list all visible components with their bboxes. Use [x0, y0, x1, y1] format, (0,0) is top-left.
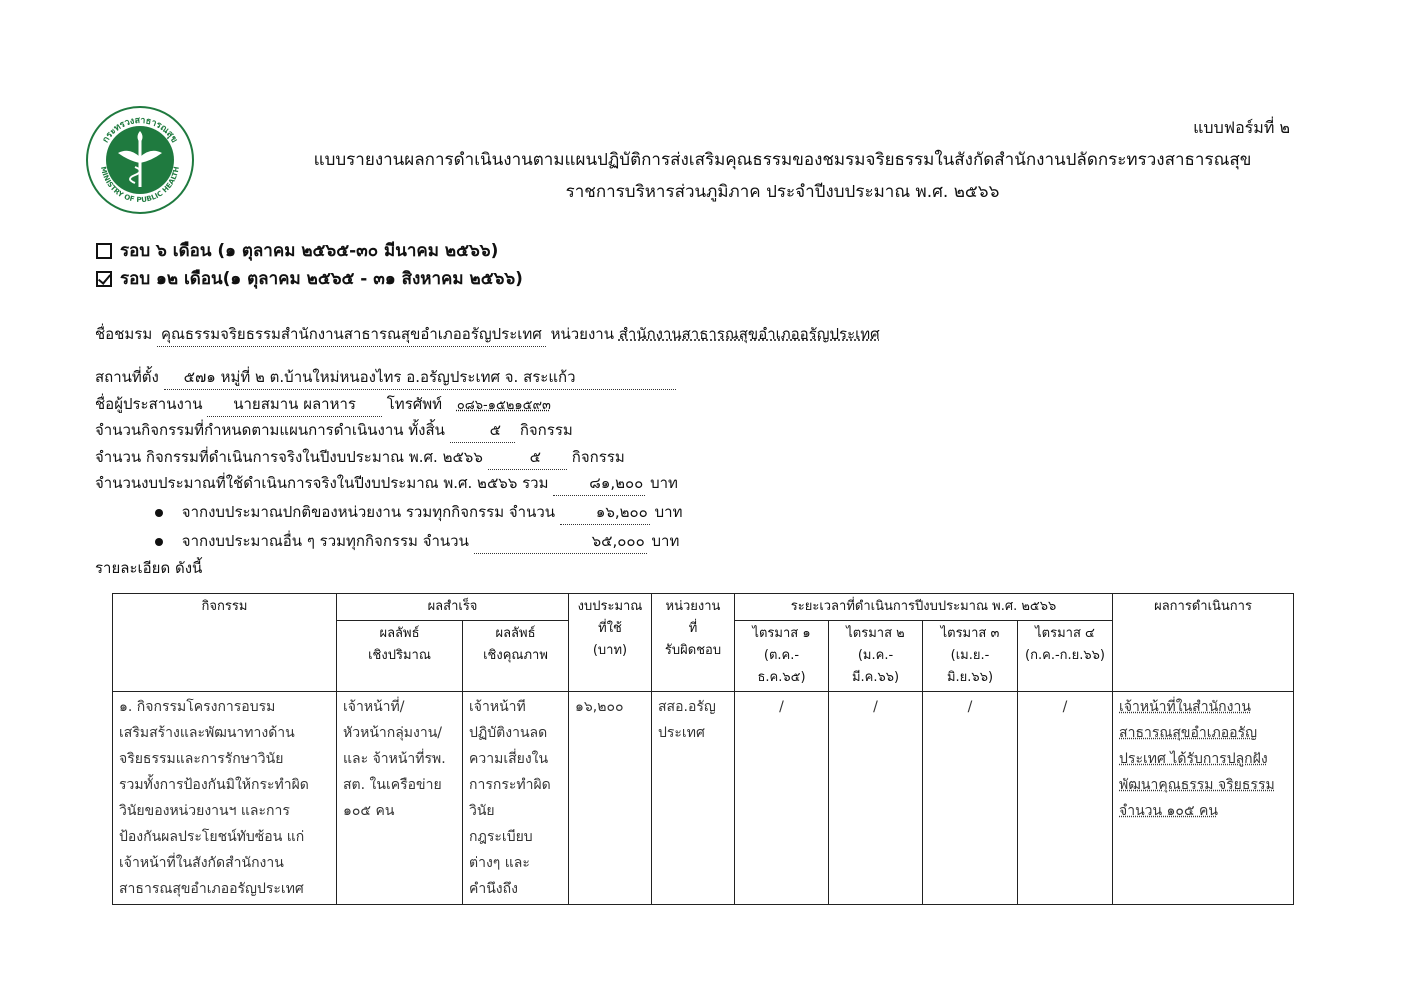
- budget-total-value: ๘๑,๒๐๐: [553, 471, 645, 496]
- actual-activities-unit: กิจกรรม: [572, 448, 625, 466]
- period-6-months[interactable]: รอบ ๖ เดือน (๑ ตุลาคม ๒๕๖๕-๓๐ มีนาคม ๒๕๖…: [96, 237, 498, 264]
- bullet-icon: [155, 538, 163, 546]
- phone-label: โทรศัพท์: [387, 395, 442, 413]
- header-quarter-2: ไตรมาส ๒ (ม.ค.-มี.ค.๖๖): [829, 621, 923, 692]
- unit-name: สำนักงานสาธารณสุขอำเภออรัญประเทศ: [619, 325, 880, 343]
- phone-value: ๐๘๖-๑๕๒๑๕๙๓: [457, 398, 551, 413]
- budget-regular-line: จากงบประมาณปกติของหน่วยงาน รวมทุกกิจกรรม…: [155, 500, 682, 525]
- planned-activities-unit: กิจกรรม: [520, 421, 573, 439]
- budget-other-line: จากงบประมาณอื่น ๆ รวมทุกกิจกรรม จำนวน ๖๕…: [155, 529, 679, 554]
- cell-result: เจ้าหน้าที่ในสำนักงาน สาธารณสุขอำเภออรัญ…: [1113, 692, 1294, 905]
- form-number: แบบฟอร์มที่ ๒: [1193, 116, 1290, 141]
- budget-total-line: จำนวนงบประมาณที่ใช้ดำเนินการจริงในปีงบปร…: [95, 471, 678, 496]
- header-timeframe: ระยะเวลาที่ดำเนินการปีงบประมาณ พ.ศ. ๒๕๖๖: [735, 594, 1113, 621]
- result-text: เจ้าหน้าที่ในสำนักงาน สาธารณสุขอำเภออรัญ…: [1119, 699, 1275, 819]
- header-quarter-3: ไตรมาส ๓ (เม.ย.-มิ.ย.๖๖): [923, 621, 1018, 692]
- cell-output-quality: เจ้าหน้าที ปฏิบัติงานลด ความเสี่ยงใน การ…: [463, 692, 569, 905]
- header-activity: กิจกรรม: [113, 594, 337, 692]
- coordinator-line: ชื่อผู้ประสานงาน นายสมาน ผลาหาร โทรศัพท์…: [95, 392, 551, 417]
- header-output-quality: ผลลัพธ์ เชิงคุณภาพ: [463, 621, 569, 692]
- details-label: รายละเอียด ดังนี้: [95, 556, 202, 580]
- checkbox-6-months[interactable]: [96, 243, 112, 259]
- report-subtitle: ราชการบริหารส่วนภูมิภาค ประจำปีงบประมาณ …: [0, 178, 1403, 205]
- header-achievement: ผลสำเร็จ: [337, 594, 569, 621]
- planned-activities-value: ๕: [450, 418, 515, 443]
- period-12-months-label: รอบ ๑๒ เดือน(๑ ตุลาคม ๒๕๖๕ - ๓๑ สิงหาคม …: [120, 265, 523, 292]
- actual-activities-line: จำนวน กิจกรรมที่ดำเนินการจริงในปีงบประมา…: [95, 445, 625, 470]
- header-output-quantity: ผลลัพธ์ เชิงปริมาณ: [337, 621, 463, 692]
- club-label: ชื่อชมรม: [95, 325, 152, 343]
- actual-activities-label: จำนวน กิจกรรมที่ดำเนินการจริงในปีงบประมา…: [95, 448, 483, 466]
- unit-label: หน่วยงาน: [551, 325, 614, 343]
- location-line: สถานที่ตั้ง ๕๗๑ หมู่ที่ ๒ ต.บ้านใหม่หนอง…: [95, 365, 676, 390]
- budget-other-value: ๖๕,๐๐๐: [474, 529, 647, 554]
- cell-responsible: สสอ.อรัญ ประเทศ: [652, 692, 735, 905]
- cell-budget: ๑๖,๒๐๐: [569, 692, 652, 905]
- actual-activities-value: ๕: [488, 445, 567, 470]
- planned-activities-line: จำนวนกิจกรรมที่กำหนดตามแผนการดำเนินงาน ท…: [95, 418, 573, 443]
- budget-regular-unit: บาท: [655, 503, 683, 521]
- coordinator-name: นายสมาน ผลาหาร: [207, 392, 382, 417]
- planned-activities-label: จำนวนกิจกรรมที่กำหนดตามแผนการดำเนินงาน ท…: [95, 421, 445, 439]
- budget-total-label: จำนวนงบประมาณที่ใช้ดำเนินการจริงในปีงบปร…: [95, 474, 548, 492]
- cell-output-quantity: เจ้าหน้าที่/ หัวหน้ากลุ่มงาน/ และ จ้าหน้…: [337, 692, 463, 905]
- period-6-months-label: รอบ ๖ เดือน (๑ ตุลาคม ๒๕๖๕-๓๐ มีนาคม ๒๕๖…: [120, 237, 498, 264]
- location-label: สถานที่ตั้ง: [95, 368, 159, 386]
- report-title: แบบรายงานผลการดำเนินงานตามแผนปฏิบัติการส…: [0, 146, 1403, 173]
- activity-report-table: กิจกรรม ผลสำเร็จ งบประมาณ ที่ใช้ (บาท) ห…: [112, 593, 1294, 905]
- cell-quarter-1: /: [735, 692, 829, 905]
- coordinator-label: ชื่อผู้ประสานงาน: [95, 395, 202, 413]
- cell-quarter-3: /: [923, 692, 1018, 905]
- club-line: ชื่อชมรม คุณธรรมจริยธรรมสำนักงานสาธารณสุ…: [95, 322, 880, 347]
- checkbox-12-months[interactable]: [96, 271, 112, 287]
- budget-other-label: จากงบประมาณอื่น ๆ รวมทุกกิจกรรม จำนวน: [182, 532, 469, 550]
- cell-quarter-2: /: [829, 692, 923, 905]
- club-name: คุณธรรมจริยธรรมสำนักงานสาธารณสุขอำเภออรั…: [157, 322, 546, 347]
- budget-regular-value: ๑๖,๒๐๐: [560, 500, 650, 525]
- bullet-icon: [155, 509, 163, 517]
- table-row: ๑. กิจกรรมโครงการอบรม เสริมสร้างและพัฒนา…: [113, 692, 1294, 905]
- period-12-months[interactable]: รอบ ๑๒ เดือน(๑ ตุลาคม ๒๕๖๕ - ๓๑ สิงหาคม …: [96, 265, 523, 292]
- cell-quarter-4: /: [1018, 692, 1113, 905]
- budget-total-unit: บาท: [650, 474, 678, 492]
- location-value: ๕๗๑ หมู่ที่ ๒ ต.บ้านใหม่หนองไทร อ.อรัญปร…: [164, 365, 676, 390]
- header-quarter-1: ไตรมาส ๑ (ต.ค.-ธ.ค.๖๕): [735, 621, 829, 692]
- budget-regular-label: จากงบประมาณปกติของหน่วยงาน รวมทุกกิจกรรม…: [182, 503, 555, 521]
- cell-activity: ๑. กิจกรรมโครงการอบรม เสริมสร้างและพัฒนา…: [113, 692, 337, 905]
- header-quarter-4: ไตรมาส ๔ (ก.ค.-ก.ย.๖๖): [1018, 621, 1113, 692]
- header-responsible: หน่วยงาน ที่ รับผิดชอบ: [652, 594, 735, 692]
- budget-other-unit: บาท: [652, 532, 680, 550]
- header-result: ผลการดำเนินการ: [1113, 594, 1294, 692]
- header-budget: งบประมาณ ที่ใช้ (บาท): [569, 594, 652, 692]
